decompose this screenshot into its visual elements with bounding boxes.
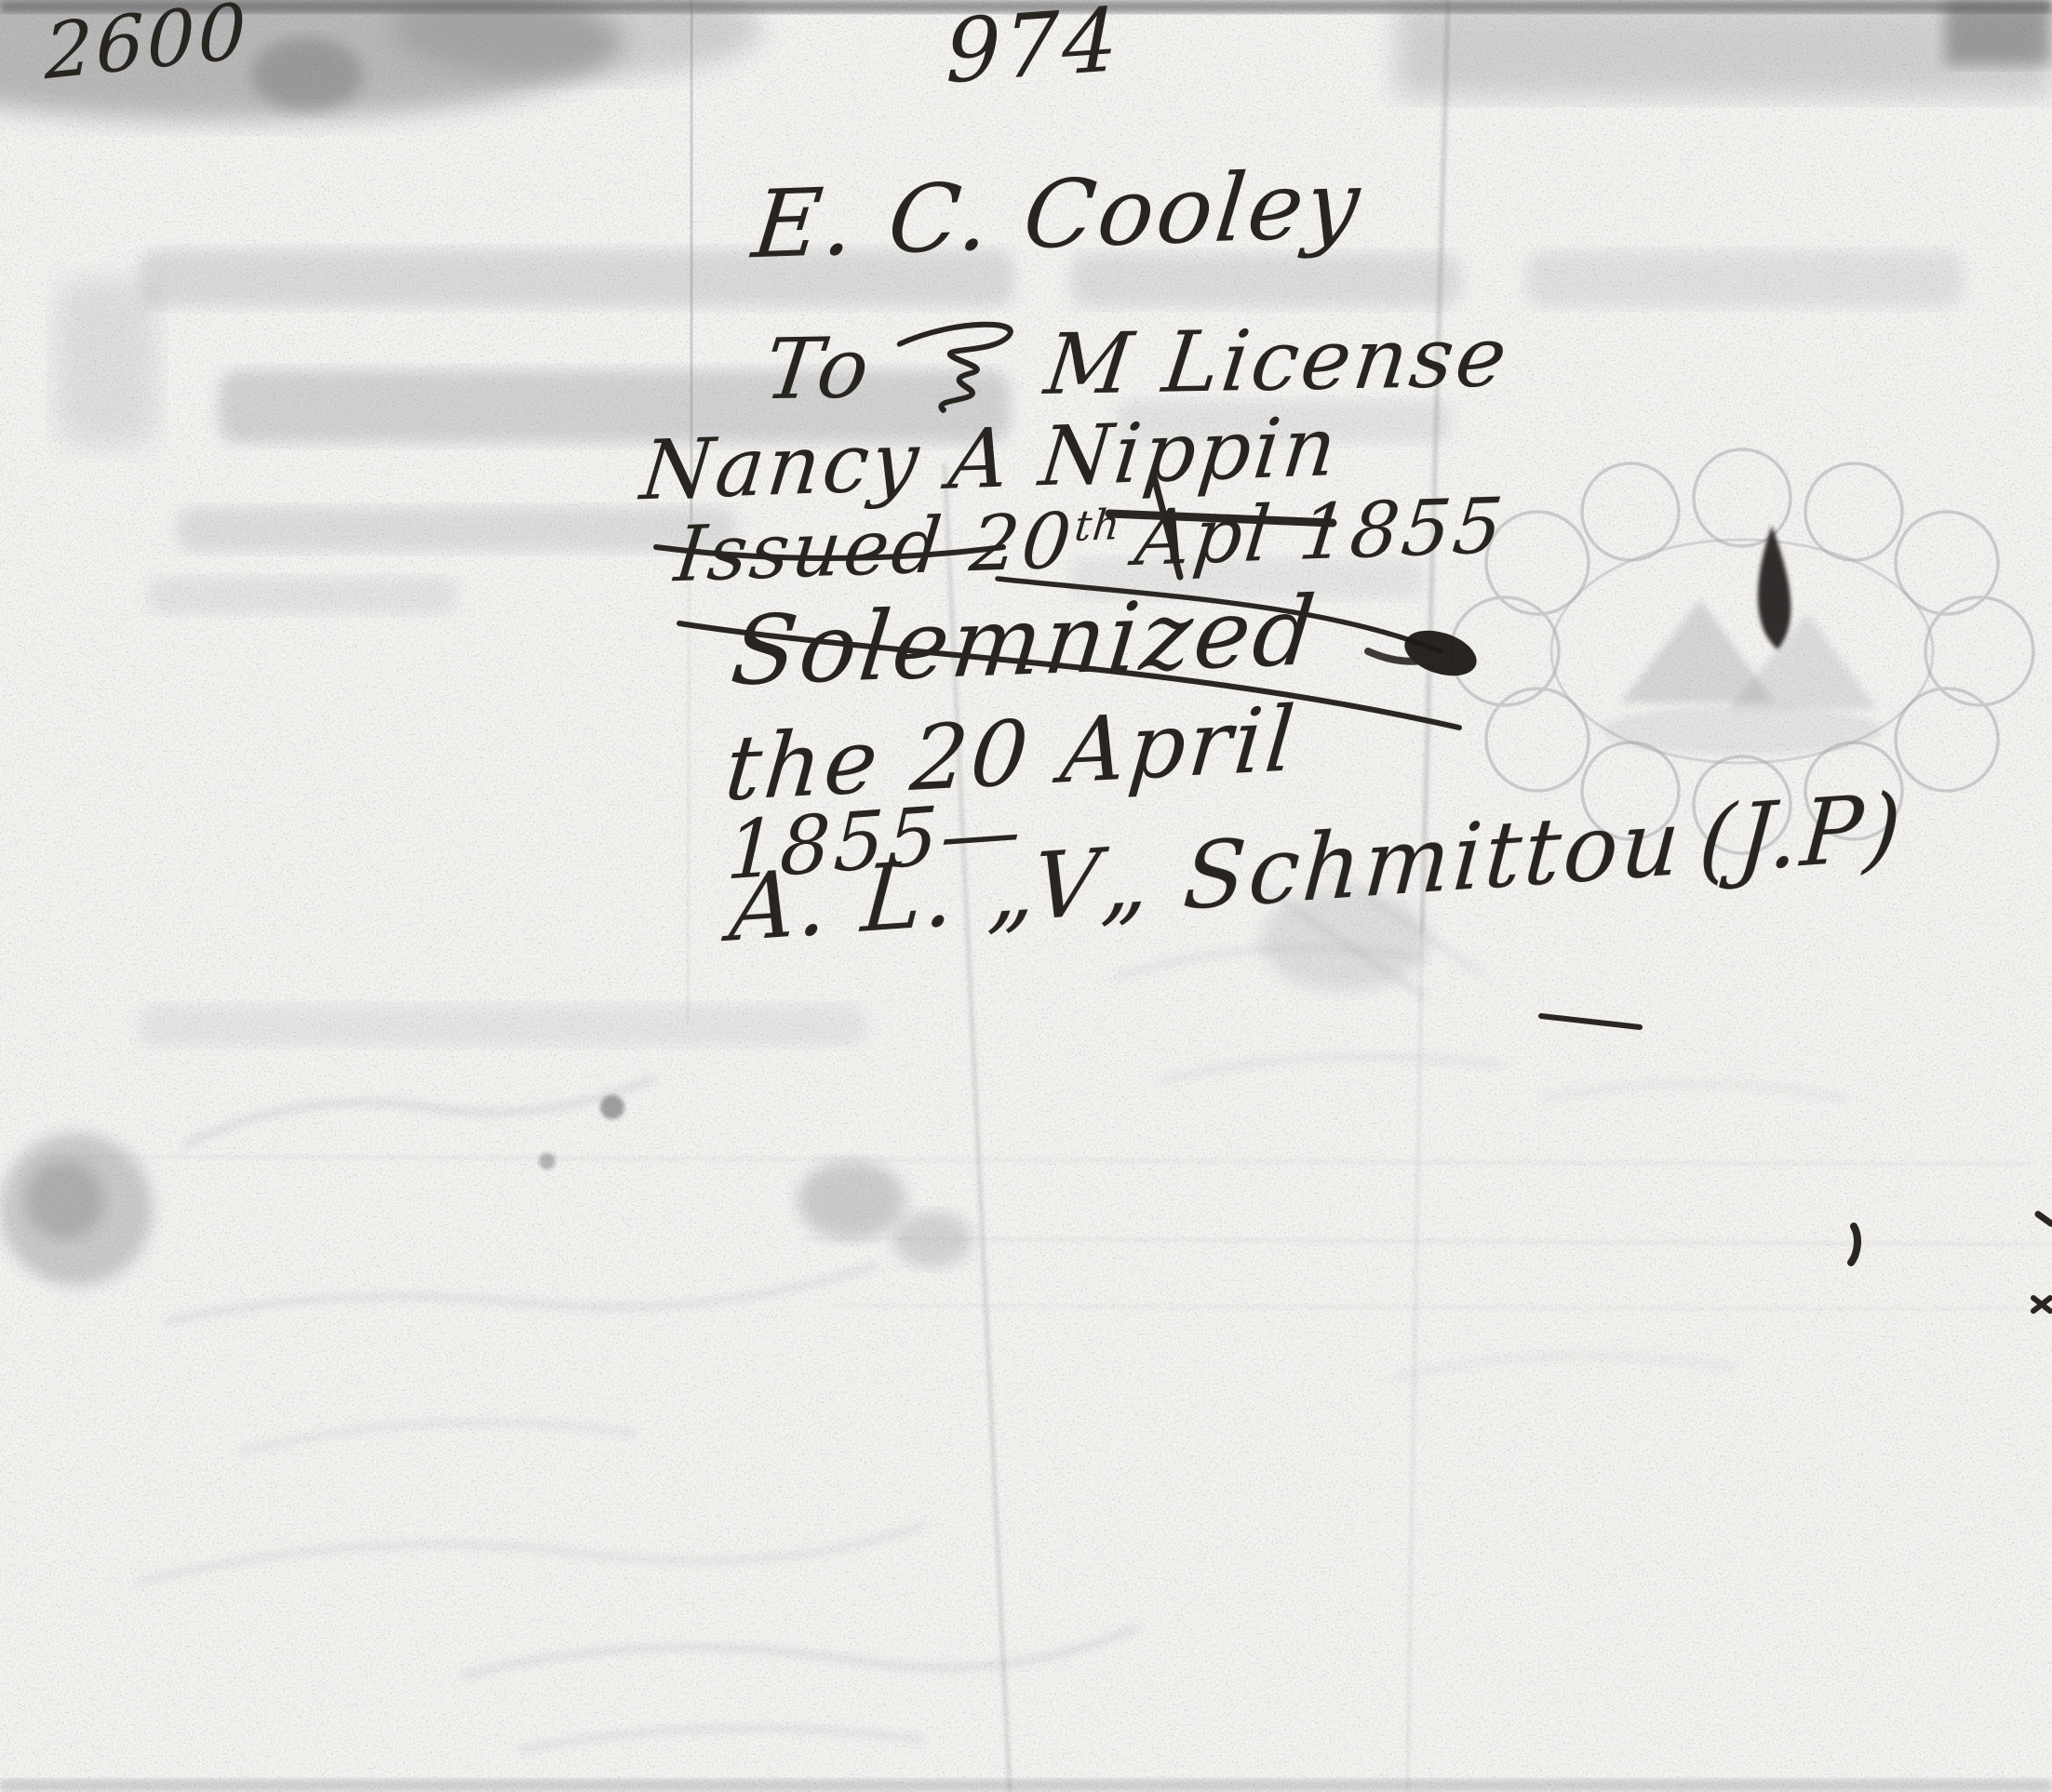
pen-flourish <box>877 310 1039 424</box>
officiant-title: (J.P) <box>1696 774 1908 895</box>
issued-month-year: Apl 1855 <box>1131 482 1509 583</box>
license-label: M License <box>1039 308 1514 414</box>
issued-prefix: Issued 20 <box>671 497 1079 599</box>
solemnized-word: Solemnized <box>727 584 1321 700</box>
to-word: To <box>759 319 877 419</box>
issued-ordinal: th <box>1072 500 1123 551</box>
groom-name-line: E. C. Cooley <box>748 157 1366 272</box>
scanned-document-page: 2600 974 E. C. Cooley ToM License Nancy … <box>0 0 2052 1792</box>
docket-number: 974 <box>946 0 1120 97</box>
corner-number: 2600 <box>45 0 248 91</box>
